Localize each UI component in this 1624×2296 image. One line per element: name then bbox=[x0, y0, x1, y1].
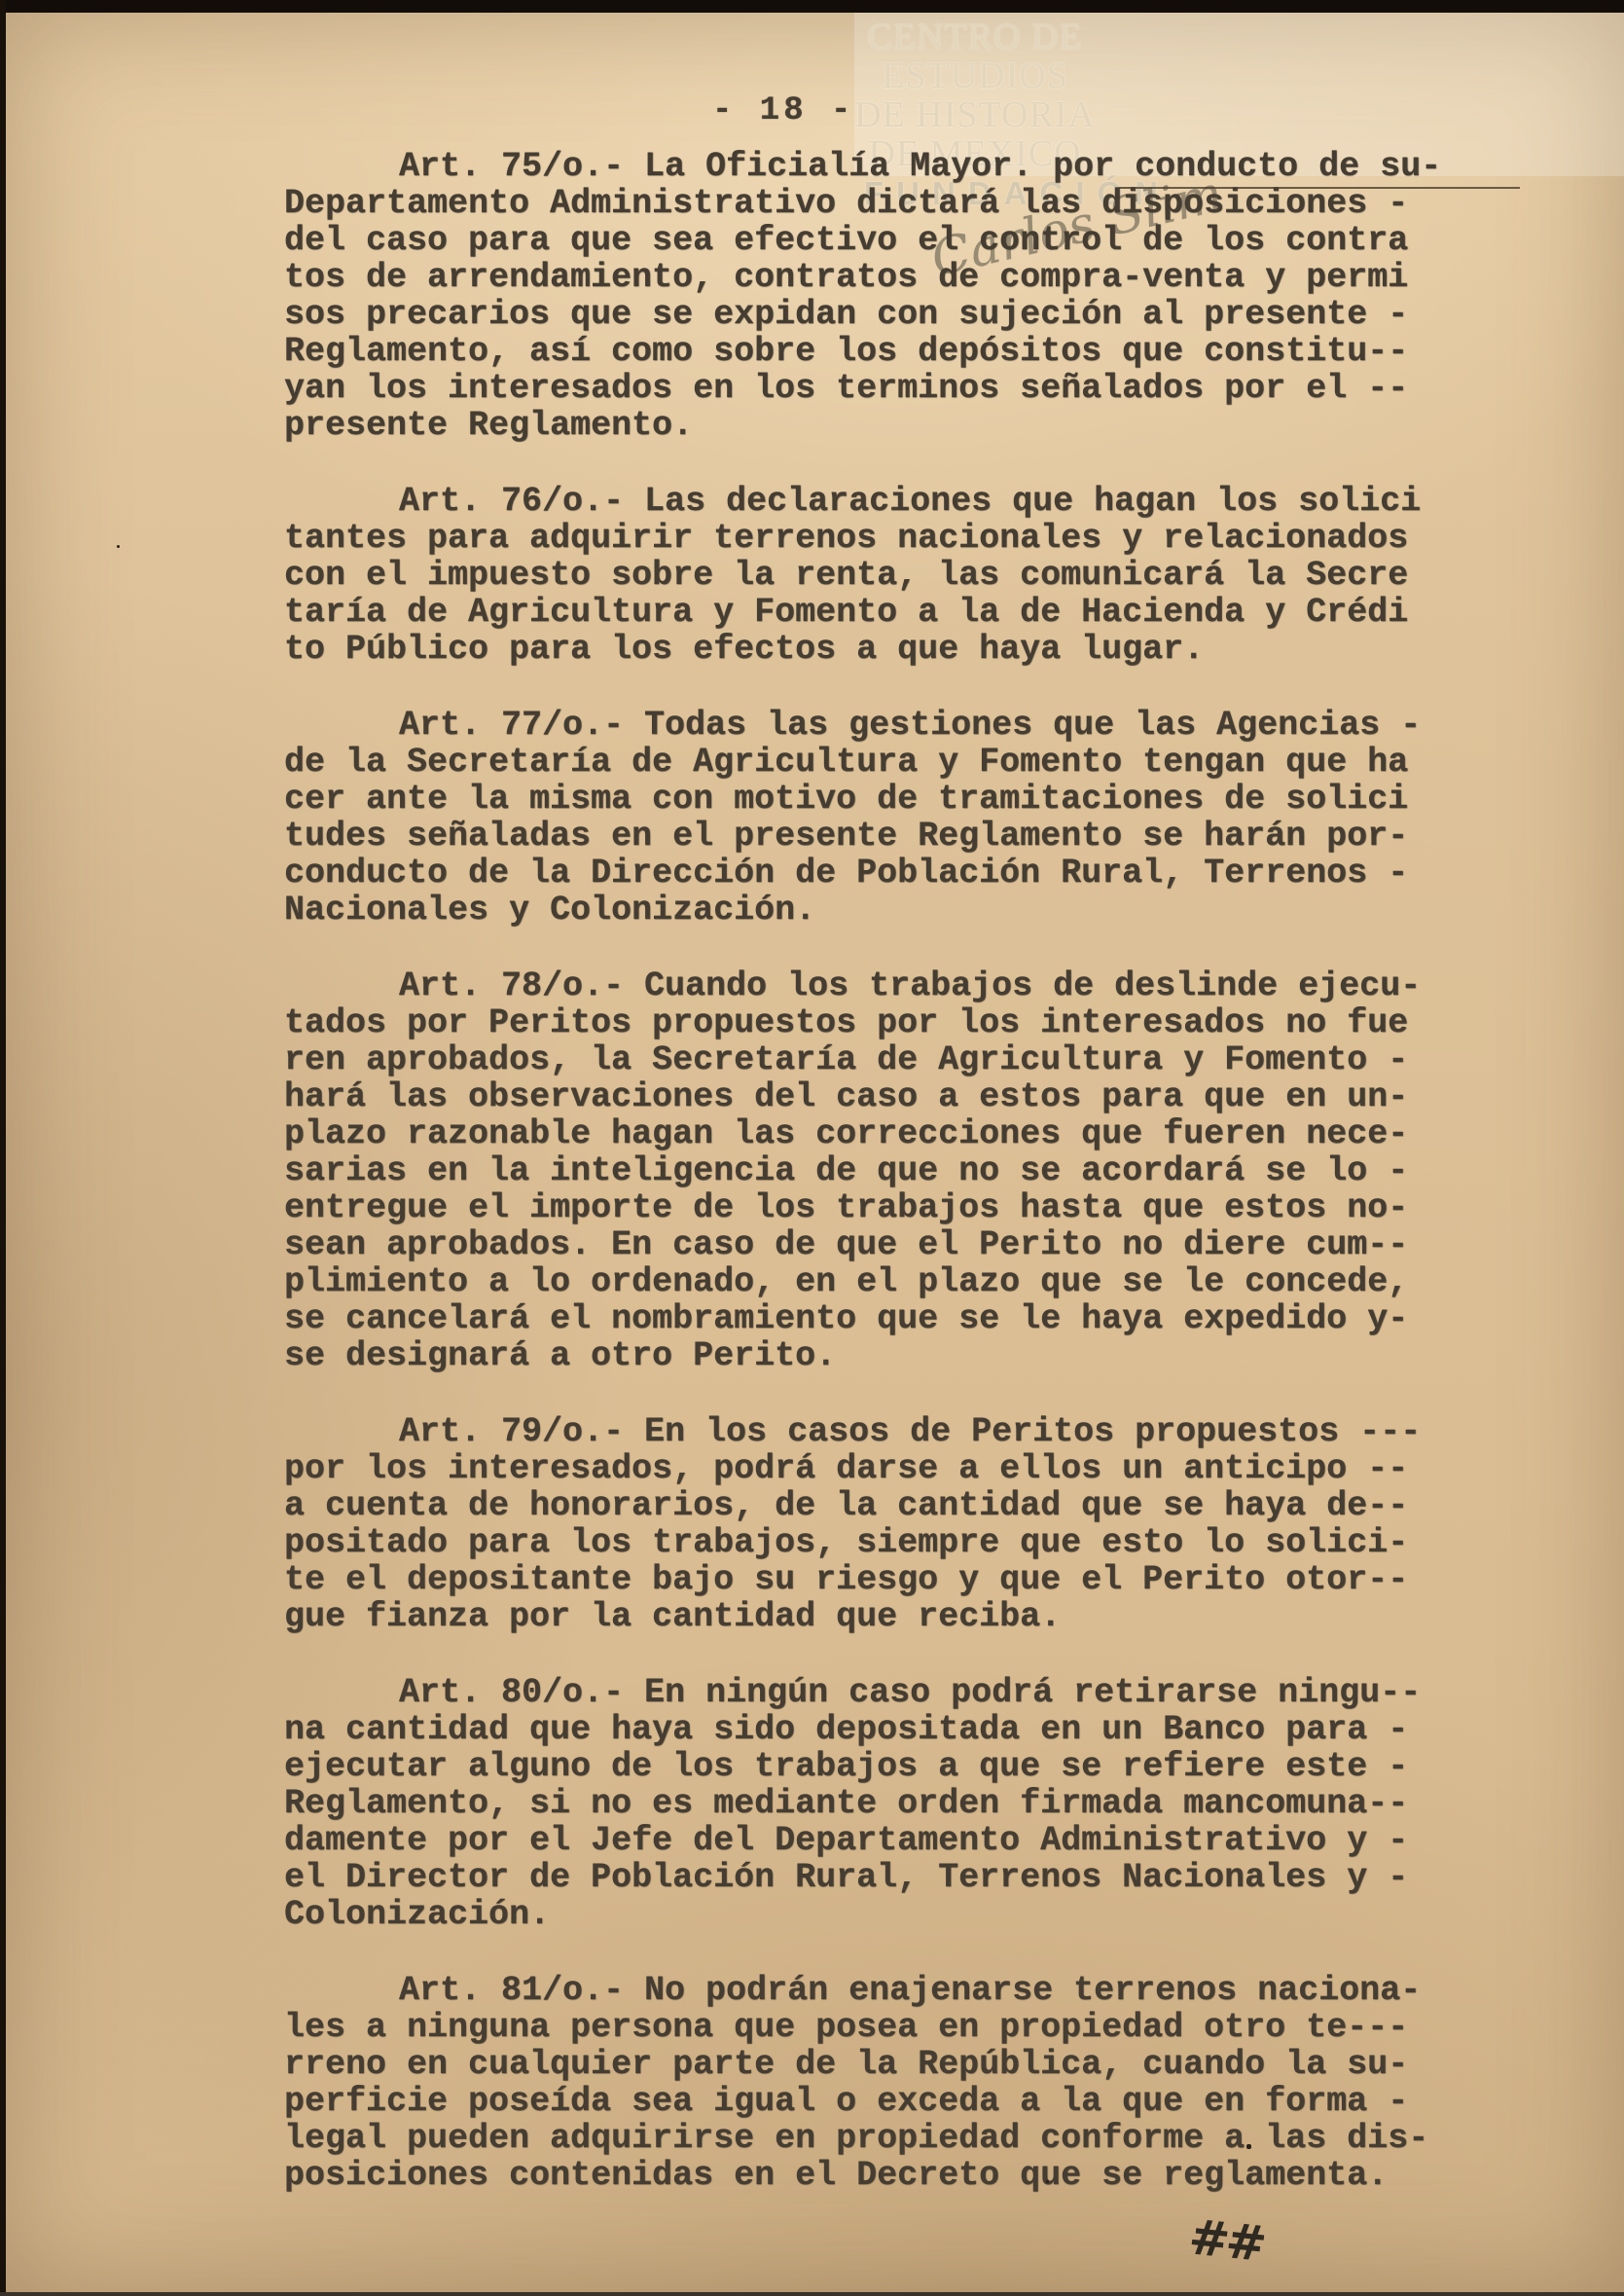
text-line: entregue el importe de los trabajos hast… bbox=[284, 1189, 1442, 1226]
text-line: sos precarios que se expidan con sujeció… bbox=[284, 296, 1442, 333]
text-line: Art. 77/o.- Todas las gestiones que las … bbox=[284, 707, 1442, 744]
scanner-edge-top bbox=[0, 0, 1624, 13]
paragraph-art-79: Art. 79/o.- En los casos de Peritos prop… bbox=[284, 1413, 1442, 1635]
paragraph-art-80: Art. 80/o.- En ningún caso podrá retirar… bbox=[284, 1674, 1442, 1933]
text-line: de la Secretaría de Agricultura y Foment… bbox=[284, 744, 1442, 781]
text-line: perficie poseída sea igual o exceda a la… bbox=[284, 2083, 1442, 2120]
text-line: a cuenta de honorarios, de la cantidad q… bbox=[284, 1487, 1442, 1524]
text-line: ejecutar alguno de los trabajos a que se… bbox=[284, 1748, 1442, 1785]
text-line: cer ante la misma con motivo de tramitac… bbox=[284, 781, 1442, 818]
document-body: Art. 75/o.- La Oficialía Mayor. por cond… bbox=[284, 148, 1442, 2233]
page-number: - 18 - bbox=[712, 92, 854, 129]
text-line: ren aprobados, la Secretaría de Agricult… bbox=[284, 1041, 1442, 1078]
paragraph-art-76: Art. 76/o.- Las declaraciones que hagan … bbox=[284, 483, 1442, 668]
text-line: se cancelará el nombramiento que se le h… bbox=[284, 1300, 1442, 1337]
text-line: Art. 75/o.- La Oficialía Mayor. por cond… bbox=[284, 148, 1442, 185]
text-line: presente Reglamento. bbox=[284, 407, 1442, 444]
text-line: Art. 79/o.- En los casos de Peritos prop… bbox=[284, 1413, 1442, 1450]
scanner-edge-bottom bbox=[0, 2292, 1624, 2296]
paragraph-art-78: Art. 78/o.- Cuando los trabajos de desli… bbox=[284, 967, 1442, 1374]
text-line: yan los interesados en los terminos seña… bbox=[284, 370, 1442, 407]
text-line: Departamento Administrativo dictará las … bbox=[284, 185, 1442, 222]
text-line: taría de Agricultura y Fomento a la de H… bbox=[284, 594, 1442, 631]
text-line: sean aprobados. En caso de que el Perito… bbox=[284, 1226, 1442, 1263]
text-line: por los interesados, podrá darse a ellos… bbox=[284, 1450, 1442, 1487]
paragraph-art-81: Art. 81/o.- No podrán enajenarse terreno… bbox=[284, 1972, 1442, 2194]
text-line: plazo razonable hagan las correcciones q… bbox=[284, 1115, 1442, 1152]
text-line: Art. 81/o.- No podrán enajenarse terreno… bbox=[284, 1972, 1442, 2009]
text-line: les a ninguna persona que posea en propi… bbox=[284, 2009, 1442, 2046]
text-line: tos de arrendamiento, contratos de compr… bbox=[284, 259, 1442, 296]
watermark-line: ESTUDIOS bbox=[839, 56, 1111, 95]
text-line: tados por Peritos propuestos por los int… bbox=[284, 1004, 1442, 1041]
text-line: Art. 78/o.- Cuando los trabajos de desli… bbox=[284, 967, 1442, 1004]
text-line: Colonización. bbox=[284, 1896, 1442, 1933]
watermark-line: CENTRO DE bbox=[839, 18, 1111, 56]
text-line: to Público para los efectos a que haya l… bbox=[284, 631, 1442, 668]
scanned-document-page: CENTRO DE ESTUDIOS DE HISTORIA DE MEXICO… bbox=[0, 0, 1624, 2296]
text-line: el Director de Población Rural, Terrenos… bbox=[284, 1859, 1442, 1896]
text-line: tudes señaladas en el presente Reglament… bbox=[284, 818, 1442, 855]
text-line: sarias en la inteligencia de que no se a… bbox=[284, 1152, 1442, 1189]
text-line: Nacionales y Colonización. bbox=[284, 892, 1442, 929]
text-line: del caso para que sea efectivo el contro… bbox=[284, 222, 1442, 259]
paper-speck bbox=[1046, 2180, 1049, 2183]
text-line: hará las observaciones del caso a estos … bbox=[284, 1078, 1442, 1115]
paper-speck bbox=[1246, 2144, 1251, 2149]
text-line: plimiento a lo ordenado, en el plazo que… bbox=[284, 1263, 1442, 1300]
text-line: Reglamento, así como sobre los depósitos… bbox=[284, 333, 1442, 370]
text-line: Art. 80/o.- En ningún caso podrá retirar… bbox=[284, 1674, 1442, 1711]
text-line: posiciones contenidas en el Decreto que … bbox=[284, 2157, 1442, 2194]
text-line: positado para los trabajos, siempre que … bbox=[284, 1524, 1442, 1561]
text-line: rreno en cualquier parte de la República… bbox=[284, 2046, 1442, 2083]
paragraph-art-77: Art. 77/o.- Todas las gestiones que las … bbox=[284, 707, 1442, 929]
text-line: na cantidad que haya sido depositada en … bbox=[284, 1711, 1442, 1748]
text-line: damente por el Jefe del Departamento Adm… bbox=[284, 1822, 1442, 1859]
text-line: Reglamento, si no es mediante orden firm… bbox=[284, 1785, 1442, 1822]
text-line: se designará a otro Perito. bbox=[284, 1337, 1442, 1374]
text-line: tantes para adquirir terrenos nacionales… bbox=[284, 520, 1442, 557]
text-line: conducto de la Dirección de Población Ru… bbox=[284, 855, 1442, 892]
scanner-edge-left bbox=[0, 0, 6, 2296]
text-line: gue fianza por la cantidad que reciba. bbox=[284, 1598, 1442, 1635]
end-of-text-mark: ## bbox=[1186, 2207, 1266, 2273]
watermark-line: DE HISTORIA bbox=[839, 95, 1111, 134]
text-line: te el depositante bajo su riesgo y que e… bbox=[284, 1561, 1442, 1598]
paragraph-art-75: Art. 75/o.- La Oficialía Mayor. por cond… bbox=[284, 148, 1442, 444]
text-line: con el impuesto sobre la renta, las comu… bbox=[284, 557, 1442, 594]
text-line: Art. 76/o.- Las declaraciones que hagan … bbox=[284, 483, 1442, 520]
paper-speck bbox=[117, 545, 120, 548]
text-line: legal pueden adquirirse en propiedad con… bbox=[284, 2120, 1442, 2157]
